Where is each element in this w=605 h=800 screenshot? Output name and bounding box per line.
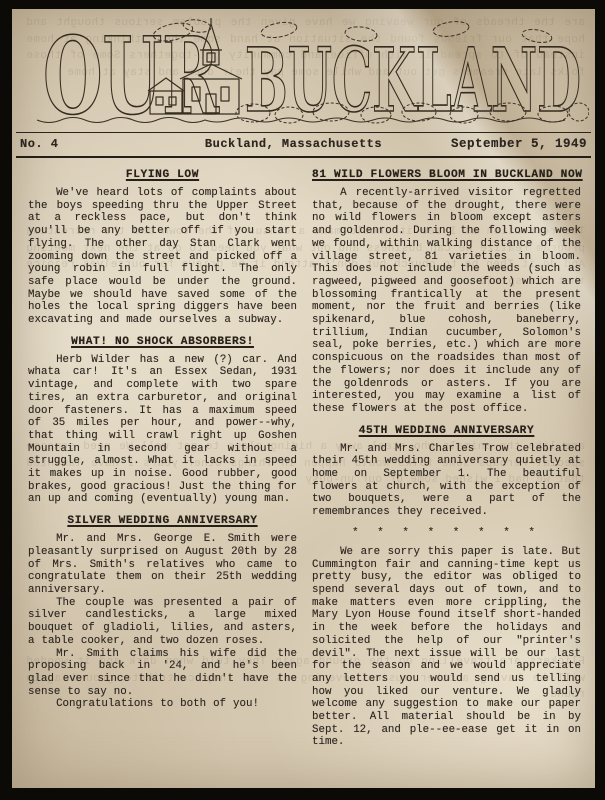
scanned-newsletter: { "masthead": { "title_left": "OUR", "ti… bbox=[0, 0, 605, 800]
article-paragraph: Mr. Smith claims his wife did the propos… bbox=[28, 648, 297, 699]
article-heading: WHAT! NO SHOCK ABSORBERS! bbox=[28, 336, 297, 348]
newsletter-page: are the threads of our weaving we have g… bbox=[12, 9, 595, 788]
dateline: No. 4 Buckland, Massachusetts September … bbox=[16, 132, 591, 158]
article-heading: 45TH WEDDING ANNIVERSARY bbox=[312, 425, 581, 437]
article-paragraph: We are sorry this paper is late. But Cum… bbox=[312, 546, 581, 749]
article-heading: FLYING LOW bbox=[28, 169, 297, 181]
masthead-title-buckland: BUCKLAND bbox=[245, 28, 581, 129]
columns: FLYING LOW We've heard lots of complaint… bbox=[12, 158, 595, 757]
article-wild-flowers: 81 WILD FLOWERS BLOOM IN BUCKLAND NOW A … bbox=[312, 169, 581, 416]
place-name: Buckland, Massachusetts bbox=[170, 137, 417, 151]
article-paragraph: Congratulations to both of you! bbox=[28, 698, 297, 711]
article-paragraph: A recently-arrived visitor regretted tha… bbox=[312, 187, 581, 416]
article-heading: SILVER WEDDING ANNIVERSARY bbox=[28, 515, 297, 527]
article-paragraph: Herb Wilder has a new (?) car. And whata… bbox=[28, 354, 297, 506]
article-45th-anniversary: 45TH WEDDING ANNIVERSARY Mr. and Mrs. Ch… bbox=[312, 425, 581, 519]
article-paragraph: Mr. and Mrs. Charles Trow celebrated the… bbox=[312, 443, 581, 519]
issue-number: No. 4 bbox=[20, 137, 170, 151]
article-heading: 81 WILD FLOWERS BLOOM IN BUCKLAND NOW bbox=[312, 169, 581, 181]
article-shock-absorbers: WHAT! NO SHOCK ABSORBERS! Herb Wilder ha… bbox=[28, 336, 297, 506]
left-column: FLYING LOW We've heard lots of complaint… bbox=[28, 167, 297, 757]
article-paragraph: Mr. and Mrs. George E. Smith were pleasa… bbox=[28, 533, 297, 597]
article-paragraph: We've heard lots of complaints about the… bbox=[28, 187, 297, 327]
article-flying-low: FLYING LOW We've heard lots of complaint… bbox=[28, 169, 297, 327]
masthead-art: OUR BUCKLAND bbox=[18, 16, 589, 129]
right-column: 81 WILD FLOWERS BLOOM IN BUCKLAND NOW A … bbox=[312, 167, 581, 757]
issue-date: September 5, 1949 bbox=[417, 137, 587, 151]
article-paragraph: The couple was presented a pair of silve… bbox=[28, 597, 297, 648]
article-editor-note: We are sorry this paper is late. But Cum… bbox=[312, 546, 581, 749]
article-silver-wedding: SILVER WEDDING ANNIVERSARY Mr. and Mrs. … bbox=[28, 515, 297, 711]
asterisk-separator: * * * * * * * * bbox=[312, 527, 581, 539]
masthead: OUR BUCKLAND bbox=[18, 16, 589, 129]
